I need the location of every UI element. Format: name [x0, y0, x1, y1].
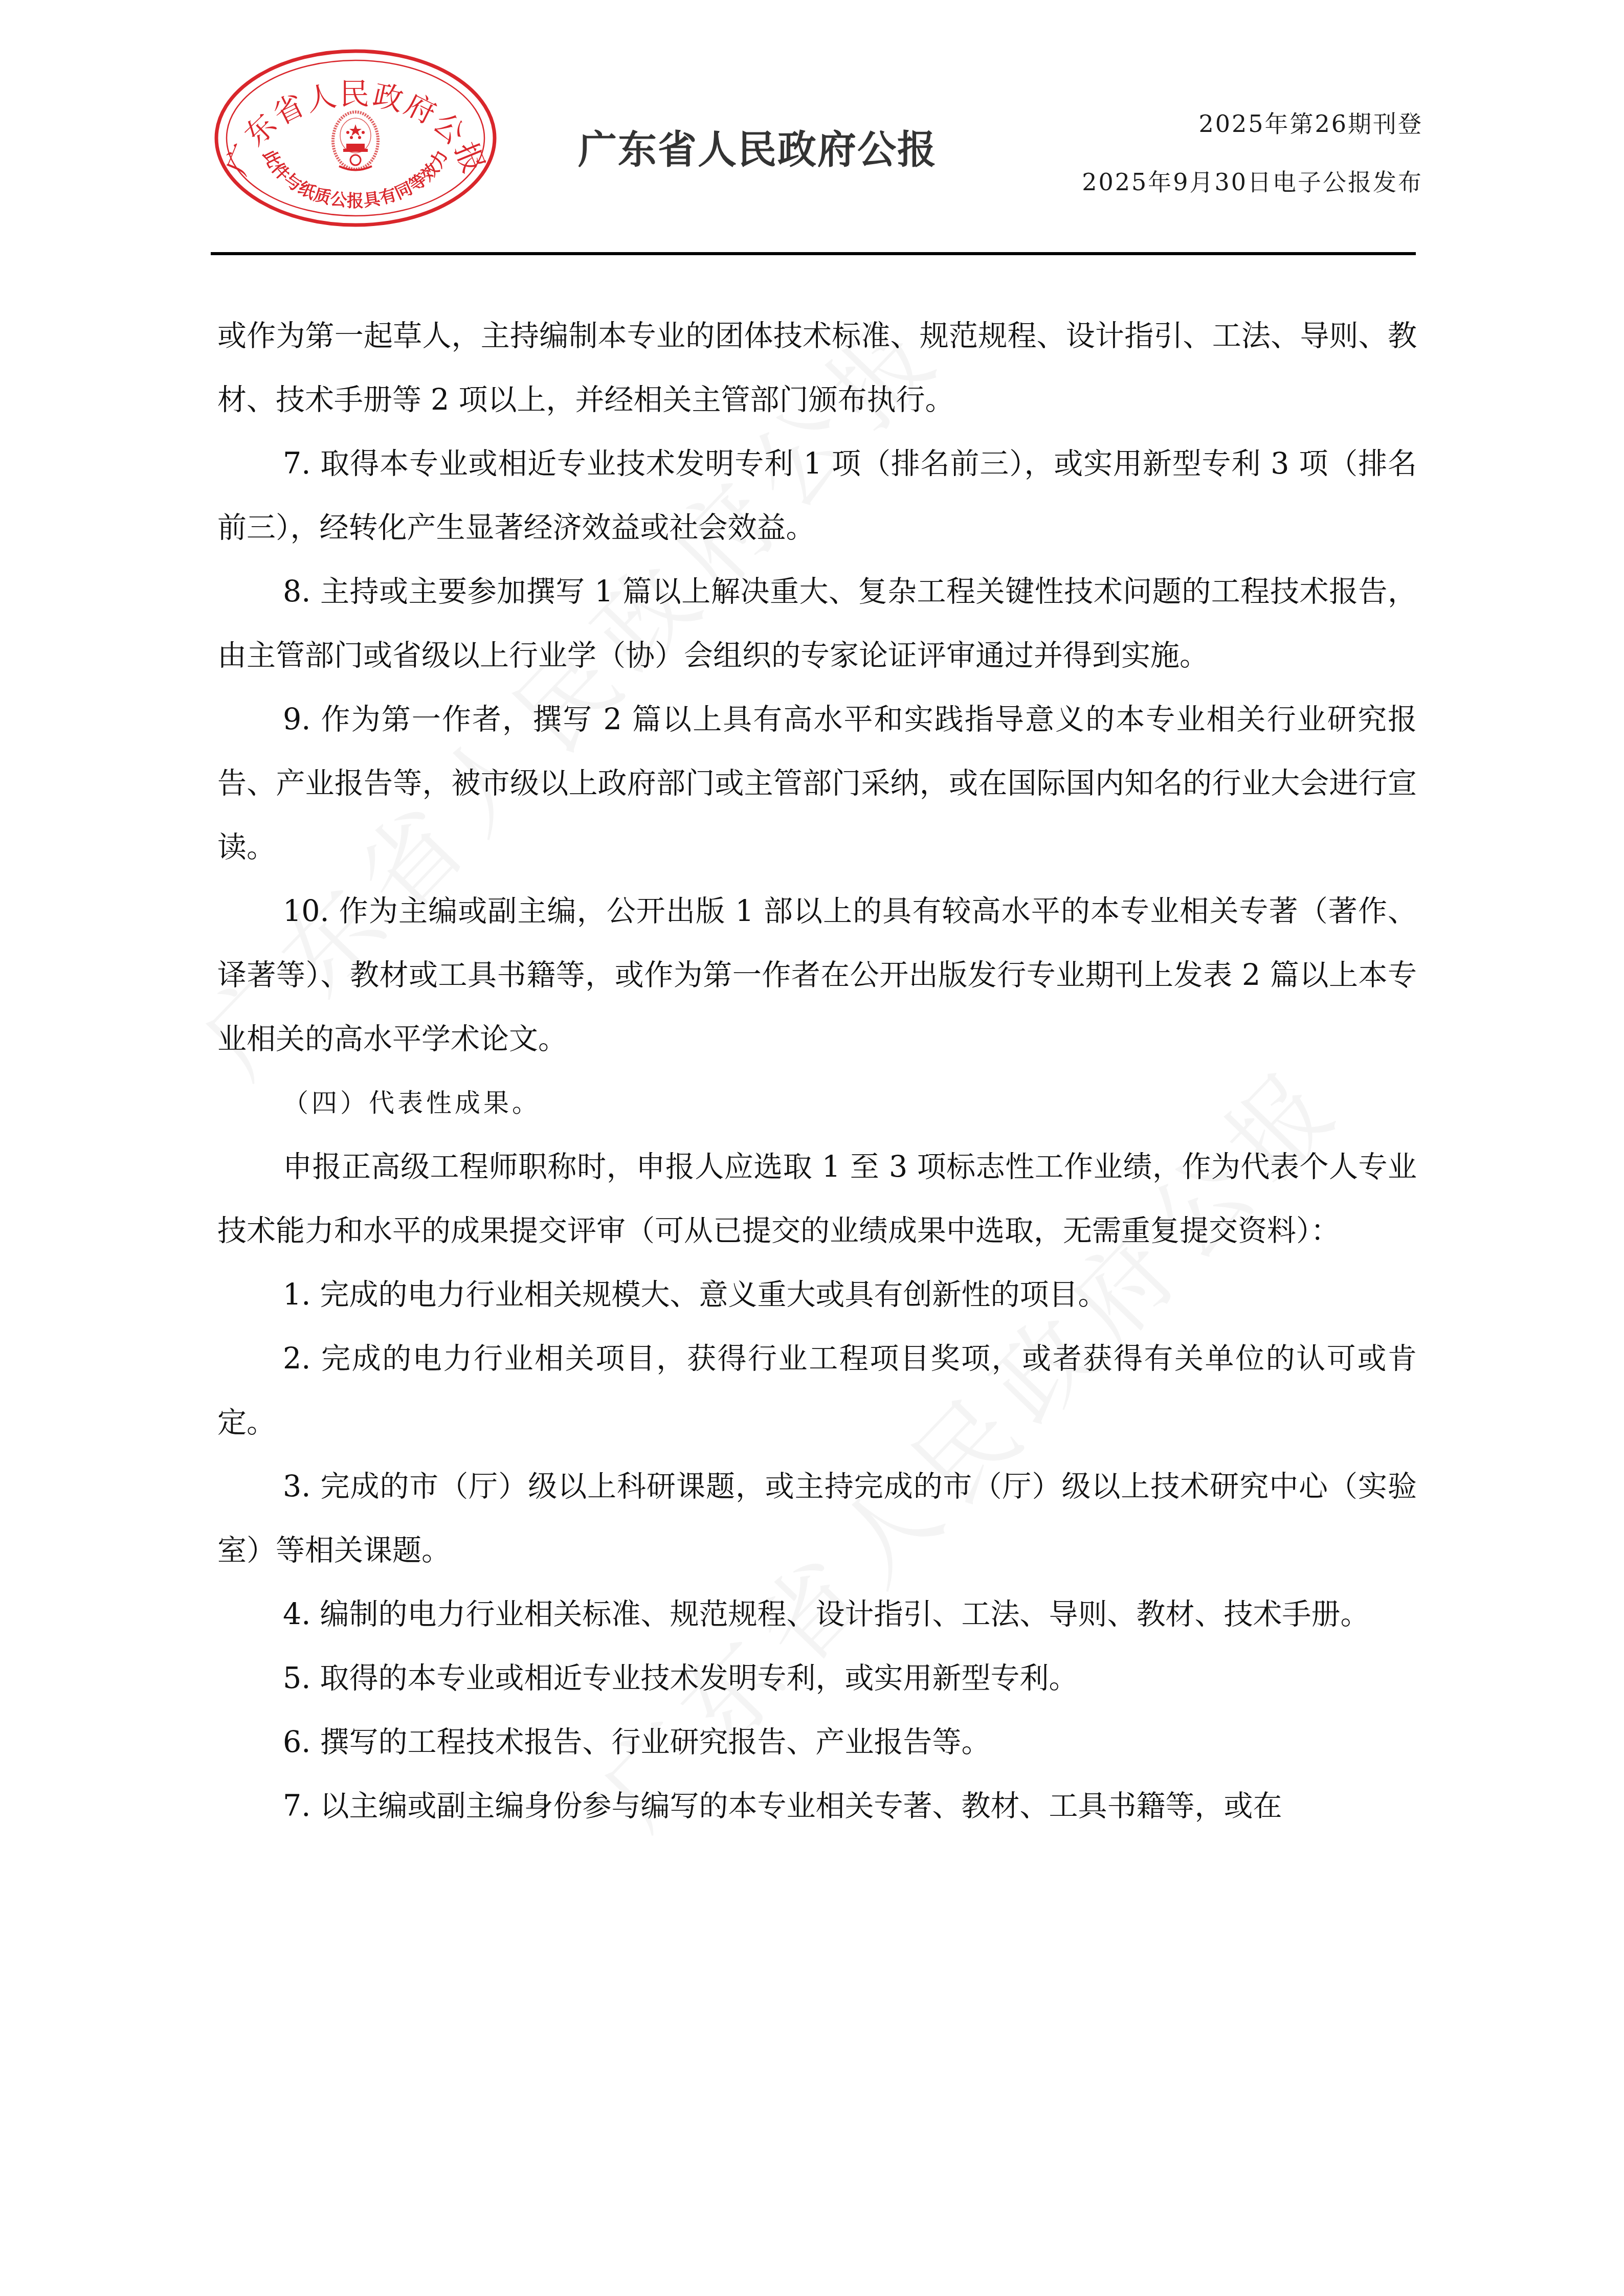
paragraph: 或作为第一起草人，主持编制本专业的团体技术标准、规范规程、设计指引、工法、导则、…: [217, 304, 1417, 432]
list-item: 6. 撰写的工程技术报告、行业研究报告、产业报告等。: [217, 1710, 1417, 1774]
publication-title: 广东省人民政府公报: [578, 119, 937, 174]
national-emblem-icon: [333, 112, 378, 170]
list-item: 1. 完成的电力行业相关规模大、意义重大或具有创新性的项目。: [217, 1263, 1417, 1327]
list-item: 5. 取得的本专业或相近专业技术发明专利，或实用新型专利。: [217, 1647, 1417, 1710]
seal-icon: 广东省人民政府公报 此件与纸质公报具有同等效力: [207, 43, 504, 233]
list-item: 9. 作为第一作者，撰写 2 篇以上具有高水平和实践指导意义的本专业相关行业研究…: [217, 688, 1417, 880]
document-body: 或作为第一起草人，主持编制本专业的团体技术标准、规范规程、设计指引、工法、导则、…: [217, 304, 1417, 1838]
issue-number: 2025年第26期刊登: [1082, 95, 1423, 153]
list-item: 7. 以主编或副主编身份参与编写的本专业相关专著、教材、工具书籍等，或在: [217, 1774, 1417, 1838]
svg-text:此件与纸质公报具有同等效力: 此件与纸质公报具有同等效力: [259, 146, 452, 210]
list-item: 4. 编制的电力行业相关标准、规范规程、设计指引、工法、导则、教材、技术手册。: [217, 1583, 1417, 1647]
list-item: 10. 作为主编或副主编，公开出版 1 部以上的具有较高水平的本专业相关专著（著…: [217, 880, 1417, 1071]
section-heading: （四）代表性成果。: [217, 1071, 1417, 1135]
issue-info: 2025年第26期刊登 2025年9月30日电子公报发布: [1082, 95, 1423, 211]
list-item: 8. 主持或主要参加撰写 1 篇以上解决重大、复杂工程关键性技术问题的工程技术报…: [217, 560, 1417, 688]
list-item: 3. 完成的市（厅）级以上科研课题，或主持完成的市（厅）级以上技术研究中心（实验…: [217, 1455, 1417, 1583]
paragraph: 申报正高级工程师职称时，申报人应选取 1 至 3 项标志性工作业绩，作为代表个人…: [217, 1135, 1417, 1263]
list-item: 2. 完成的电力行业相关项目，获得行业工程项目奖项，或者获得有关单位的认可或肯定…: [217, 1327, 1417, 1455]
publish-date: 2025年9月30日电子公报发布: [1082, 153, 1423, 211]
official-seal: 广东省人民政府公报 此件与纸质公报具有同等效力: [207, 43, 504, 233]
header-divider: [211, 252, 1416, 255]
list-item: 7. 取得本专业或相近专业技术发明专利 1 项（排名前三），或实用新型专利 3 …: [217, 432, 1417, 560]
document-page: 广东省人民政府公报 广东省人民政府公报 广东省人民政府公报 此件与纸质公报具有同…: [0, 0, 1624, 2296]
